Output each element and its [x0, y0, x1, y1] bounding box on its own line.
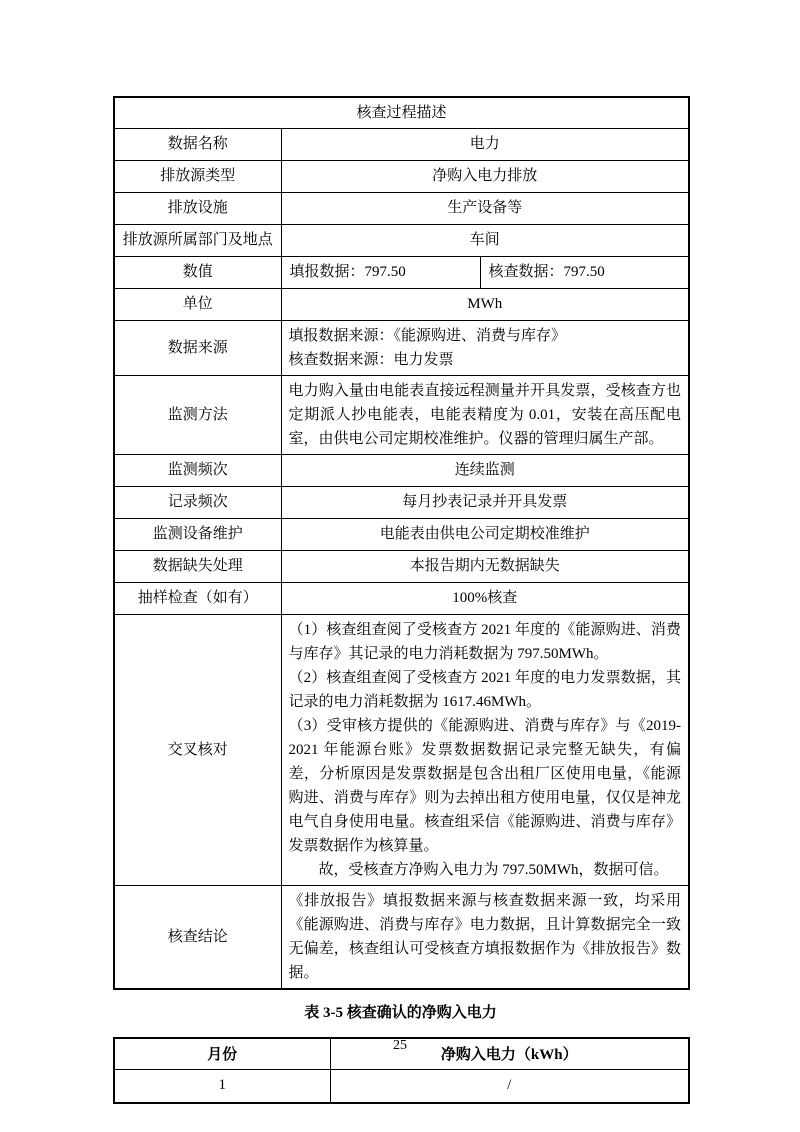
- monitoring-method-label: 监测方法: [114, 375, 281, 454]
- cross-check-conclusion-line: 故，受核查方净购入电力为 797.50MWh，数据可信。: [289, 858, 682, 882]
- recording-frequency-label: 记录频次: [114, 486, 281, 518]
- data-source-label: 数据来源: [114, 320, 281, 375]
- recording-frequency-value: 每月抄表记录并开具发票: [281, 486, 689, 518]
- equipment-maintenance-label: 监测设备维护: [114, 518, 281, 550]
- table-row: 监测设备维护 电能表由供电公司定期校准维护: [114, 518, 689, 550]
- department-location-value: 车间: [281, 224, 689, 256]
- table-caption: 表 3-5 核查确认的净购入电力: [113, 1001, 688, 1022]
- reported-value: 填报数据：797.50: [281, 256, 480, 288]
- missing-data-handling-label: 数据缺失处理: [114, 550, 281, 582]
- emission-facility-label: 排放设施: [114, 192, 281, 224]
- numeric-value-label: 数值: [114, 256, 281, 288]
- data-name-value: 电力: [281, 128, 689, 160]
- monitoring-frequency-label: 监测频次: [114, 454, 281, 486]
- table-row: 监测方法 电力购入量由电能表直接远程测量并开具发票，受核查方也定期派人抄电能表，…: [114, 375, 689, 454]
- department-location-label: 排放源所属部门及地点: [114, 224, 281, 256]
- document-page: 核查过程描述 数据名称 电力 排放源类型 净购入电力排放 排放设施 生产设备等 …: [0, 0, 800, 1132]
- table-row: 监测频次 连续监测: [114, 454, 689, 486]
- missing-data-handling-value: 本报告期内无数据缺失: [281, 550, 689, 582]
- verification-conclusion-value: 《排放报告》填报数据来源与核查数据来源一致，均采用《能源购进、消费与库存》电力数…: [281, 885, 689, 989]
- monitoring-frequency-value: 连续监测: [281, 454, 689, 486]
- table-row: 数据缺失处理 本报告期内无数据缺失: [114, 550, 689, 582]
- page-content: 核查过程描述 数据名称 电力 排放源类型 净购入电力排放 排放设施 生产设备等 …: [113, 96, 688, 1104]
- unit-label: 单位: [114, 288, 281, 320]
- table-row: 数值 填报数据：797.50 核查数据：797.50: [114, 256, 689, 288]
- table-row: 记录频次 每月抄表记录并开具发票: [114, 486, 689, 518]
- table-row: 排放源所属部门及地点 车间: [114, 224, 689, 256]
- cross-check-paragraph-3: （3）受审核方提供的《能源购进、消费与库存》与《2019-2021 年能源台账》…: [289, 714, 682, 858]
- equipment-maintenance-value: 电能表由供电公司定期校准维护: [281, 518, 689, 550]
- table-row: 单位 MWh: [114, 288, 689, 320]
- table-row: 排放源类型 净购入电力排放: [114, 160, 689, 192]
- power-cell: /: [330, 1070, 689, 1103]
- data-source-line2: 核查数据来源：电力发票: [289, 348, 682, 372]
- emission-source-type-label: 排放源类型: [114, 160, 281, 192]
- data-name-label: 数据名称: [114, 128, 281, 160]
- sampling-check-label: 抽样检查（如有）: [114, 582, 281, 614]
- table-row: 1 /: [114, 1070, 689, 1103]
- verification-process-table: 核查过程描述 数据名称 电力 排放源类型 净购入电力排放 排放设施 生产设备等 …: [113, 96, 690, 990]
- data-source-value: 填报数据来源：《能源购进、消费与库存》 核查数据来源：电力发票: [281, 320, 689, 375]
- unit-value: MWh: [281, 288, 689, 320]
- data-source-line1: 填报数据来源：《能源购进、消费与库存》: [289, 324, 682, 348]
- table-row: 数据名称 电力: [114, 128, 689, 160]
- verification-conclusion-label: 核查结论: [114, 885, 281, 989]
- page-number: 25: [0, 1038, 800, 1054]
- emission-facility-value: 生产设备等: [281, 192, 689, 224]
- table-row: 交叉核对 （1）核查组查阅了受核查方 2021 年度的《能源购进、消费与库存》其…: [114, 614, 689, 885]
- monitoring-method-value: 电力购入量由电能表直接远程测量并开具发票，受核查方也定期派人抄电能表，电能表精度…: [281, 375, 689, 454]
- table-row: 排放设施 生产设备等: [114, 192, 689, 224]
- cross-check-label: 交叉核对: [114, 614, 281, 885]
- cross-check-value: （1）核查组查阅了受核查方 2021 年度的《能源购进、消费与库存》其记录的电力…: [281, 614, 689, 885]
- month-cell: 1: [114, 1070, 330, 1103]
- table-row: 抽样检查（如有） 100%核查: [114, 582, 689, 614]
- table-title: 核查过程描述: [114, 97, 689, 128]
- table-row: 数据来源 填报数据来源：《能源购进、消费与库存》 核查数据来源：电力发票: [114, 320, 689, 375]
- verified-value: 核查数据：797.50: [480, 256, 689, 288]
- cross-check-paragraph-1: （1）核查组查阅了受核查方 2021 年度的《能源购进、消费与库存》其记录的电力…: [289, 618, 682, 666]
- cross-check-paragraph-2: （2）核查组查阅了受核查方 2021 年度的电力发票数据，其记录的电力消耗数据为…: [289, 666, 682, 714]
- emission-source-type-value: 净购入电力排放: [281, 160, 689, 192]
- sampling-check-value: 100%核查: [281, 582, 689, 614]
- table-row: 核查结论 《排放报告》填报数据来源与核查数据来源一致，均采用《能源购进、消费与库…: [114, 885, 689, 989]
- table-row: 核查过程描述: [114, 97, 689, 128]
